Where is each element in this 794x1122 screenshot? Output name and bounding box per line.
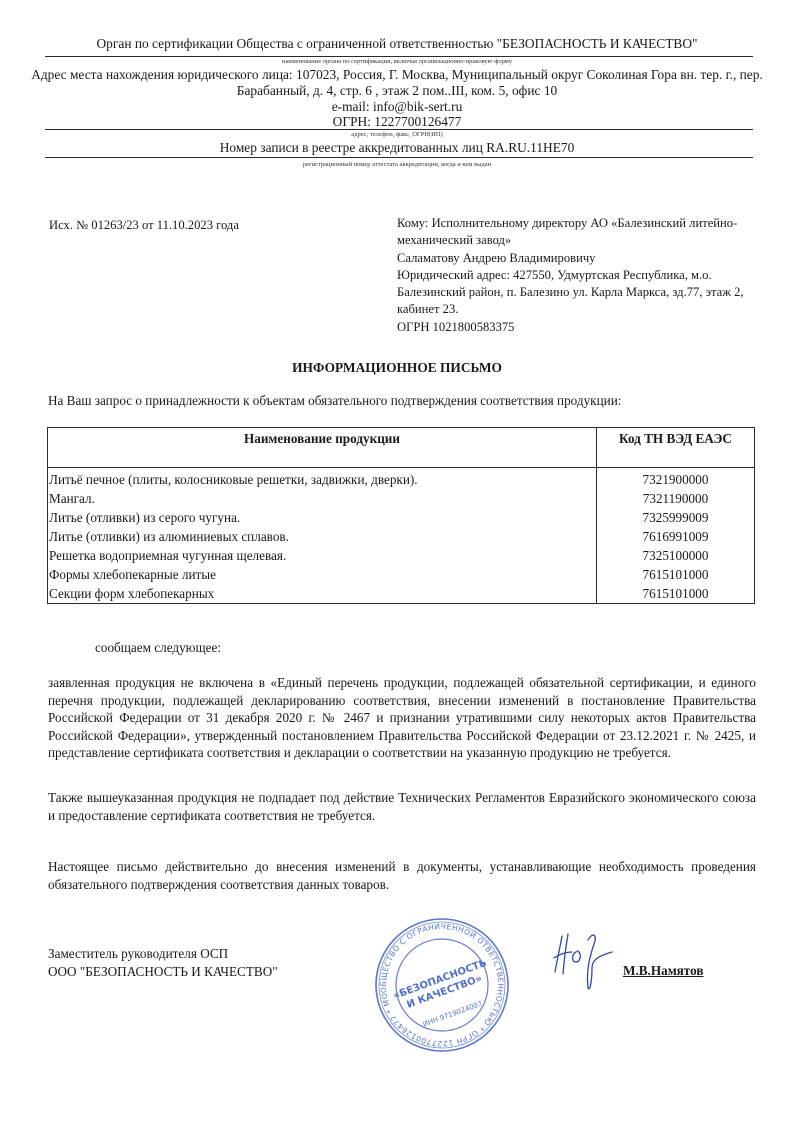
recipient-line: Юридический адрес: 427550, Удмуртская Ре… bbox=[397, 267, 744, 284]
address-line-2: Барабанный, д. 4, стр. 6 , этаж 2 пом..I… bbox=[0, 82, 794, 99]
table-row: Литьё печное (плиты, колосниковые решетк… bbox=[48, 468, 755, 490]
signer-name: М.В.Намятов bbox=[623, 963, 704, 979]
table-row: Литье (отливки) из алюминиевых сплавов. … bbox=[48, 527, 755, 546]
header-rule-1 bbox=[45, 56, 753, 57]
registry-caption: регистрационный номер аттестата аккредит… bbox=[0, 161, 794, 169]
contacts-caption: адрес, телефон, факс, ОГРН(ИП) bbox=[0, 131, 794, 139]
table-row: Решетка водоприемная чугунная щелевая. 7… bbox=[48, 546, 755, 565]
product-code: 7325100000 bbox=[597, 546, 755, 565]
recipient-line: Саламатову Андрею Владимировичу bbox=[397, 250, 744, 267]
paragraph-validity: Настоящее письмо действительно до внесен… bbox=[48, 858, 756, 893]
column-header-tnved-code: Код ТН ВЭД ЕАЭС bbox=[597, 428, 755, 468]
document-title: ИНФОРМАЦИОННОЕ ПИСЬМО bbox=[0, 359, 794, 377]
outgoing-reference: Исх. № 01263/23 от 11.10.2023 года bbox=[49, 217, 239, 235]
recipient-line: Кому: Исполнительному директору АО «Бале… bbox=[397, 215, 744, 232]
registry-number: Номер записи в реестре аккредитованных л… bbox=[0, 139, 794, 156]
recipient-line: механический завод» bbox=[397, 232, 744, 249]
table-row: Литье (отливки) из серого чугуна. 732599… bbox=[48, 508, 755, 527]
header-rule-2 bbox=[45, 129, 753, 130]
product-name: Решетка водоприемная чугунная щелевая. bbox=[48, 546, 597, 565]
recipient-line: кабинет 23. bbox=[397, 301, 744, 318]
paragraph-tech-regulations: Также вышеуказанная продукция не подпада… bbox=[48, 789, 756, 824]
product-code: 7615101000 bbox=[597, 565, 755, 584]
product-code: 7325999009 bbox=[597, 508, 755, 527]
table-row: Секции форм хлебопекарных 7615101000 bbox=[48, 584, 755, 604]
recipient-block: Кому: Исполнительному директору АО «Бале… bbox=[397, 215, 744, 336]
column-header-product-name: Наименование продукции bbox=[48, 428, 597, 468]
product-name: Литьё печное (плиты, колосниковые решетк… bbox=[48, 468, 597, 490]
product-name: Секции форм хлебопекарных bbox=[48, 584, 597, 604]
product-code: 7616991009 bbox=[597, 527, 755, 546]
product-name: Литье (отливки) из серого чугуна. bbox=[48, 508, 597, 527]
product-code: 7615101000 bbox=[597, 584, 755, 604]
products-table: Наименование продукции Код ТН ВЭД ЕАЭС Л… bbox=[47, 427, 755, 604]
recipient-line: Балезинский район, п. Балезино ул. Карла… bbox=[397, 284, 744, 301]
header-rule-3 bbox=[45, 157, 753, 158]
org-name-caption: наименование органа по сертификации, вкл… bbox=[0, 58, 794, 66]
product-code: 7321900000 bbox=[597, 468, 755, 490]
paragraph-exemption: заявленная продукция не включена в «Един… bbox=[48, 674, 756, 762]
table-row: Мангал. 7321190000 bbox=[48, 489, 755, 508]
intro-text: На Ваш запрос о принадлежности к объекта… bbox=[48, 392, 621, 410]
recipient-line: ОГРН 1021800583375 bbox=[397, 319, 744, 336]
signer-organization: ООО "БЕЗОПАСНОСТЬ И КАЧЕСТВО" bbox=[48, 963, 278, 981]
product-name: Мангал. bbox=[48, 489, 597, 508]
company-stamp-icon: ОБЩЕСТВО С ОГРАНИЧЕННОЙ ОТВЕТСТВЕННОСТЬЮ… bbox=[372, 905, 512, 1060]
product-name: Формы хлебопекарные литые bbox=[48, 565, 597, 584]
inform-text: сообщаем следующее: bbox=[95, 639, 221, 657]
org-name: Орган по сертификации Общества с огранич… bbox=[0, 35, 794, 52]
table-row: Формы хлебопекарные литые 7615101000 bbox=[48, 565, 755, 584]
product-code: 7321190000 bbox=[597, 489, 755, 508]
handwritten-signature-icon bbox=[552, 930, 632, 995]
signer-position: Заместитель руководителя ОСП bbox=[48, 945, 228, 963]
address-line-1: Адрес места нахождения юридического лица… bbox=[0, 66, 794, 83]
product-name: Литье (отливки) из алюминиевых сплавов. bbox=[48, 527, 597, 546]
stamp-inn: ИНН 9719024007 bbox=[422, 1000, 483, 1029]
ogrn: ОГРН: 1227700126477 bbox=[0, 113, 794, 130]
table-header-row: Наименование продукции Код ТН ВЭД ЕАЭС bbox=[48, 428, 755, 468]
